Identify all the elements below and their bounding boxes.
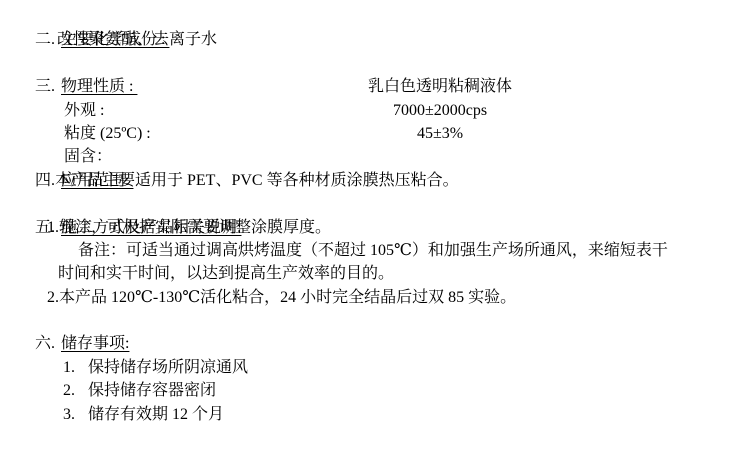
section-heading-physical-properties: 三.物理性质 : [0, 52, 743, 75]
section-heading-application-method: 五.施工方式及产品相关说明: [0, 192, 743, 215]
property-row-viscosity: 粘度 (25ºC) : 7000±2000cps [0, 99, 743, 122]
document-page: 二.主要化学成份 : 改性聚氨酯、去离子水 三.物理性质 : 外观 : 乳白色透… [0, 0, 743, 462]
storage-item-number: 2. [63, 379, 88, 402]
method-item-2: 2.本产品 120℃-130℃活化粘合，24 小时完全结晶后过双 85 实验。 [0, 286, 743, 309]
storage-item-text: 保持储存场所阴凉通风 [88, 359, 248, 376]
storage-item-text: 保持储存容器密闭 [88, 382, 216, 399]
section-number: 六. [35, 332, 61, 355]
storage-item-text: 储存有效期 12 个月 [88, 406, 224, 423]
section-title: 储存事项: [61, 335, 129, 352]
property-label: 固含： [64, 148, 112, 165]
chemical-composition-body: 改性聚氨酯、去离子水 [0, 28, 743, 51]
section-heading-storage: 六.储存事项: [0, 309, 743, 332]
storage-item-number: 3. [63, 403, 88, 426]
property-value: 7000±2000cps [300, 99, 580, 122]
storage-item-number: 1. [63, 356, 88, 379]
application-scope-body: 本产品主要适用于 PET、PVC 等各种材质涂膜热压粘合。 [0, 169, 743, 192]
property-value: 45±3% [300, 122, 580, 145]
property-row-solid-content: 固含： 45±3% [0, 122, 743, 145]
section-heading-chemical-composition: 二.主要化学成份 : [0, 5, 743, 28]
property-row-appearance: 外观 : 乳白色透明粘稠液体 [0, 75, 743, 98]
method-note-line-2: 时间和实干时间，以达到提高生产效率的目的。 [0, 262, 743, 285]
property-value: 乳白色透明粘稠液体 [300, 75, 580, 98]
method-item-1: 1.辊涂，可根据实际需要调整涂膜厚度。 [0, 216, 743, 239]
method-note-line-1: 备注：可适当通过调高烘烤温度（不超过 105℃）和加强生产场所通风，来缩短表干 [0, 239, 743, 262]
